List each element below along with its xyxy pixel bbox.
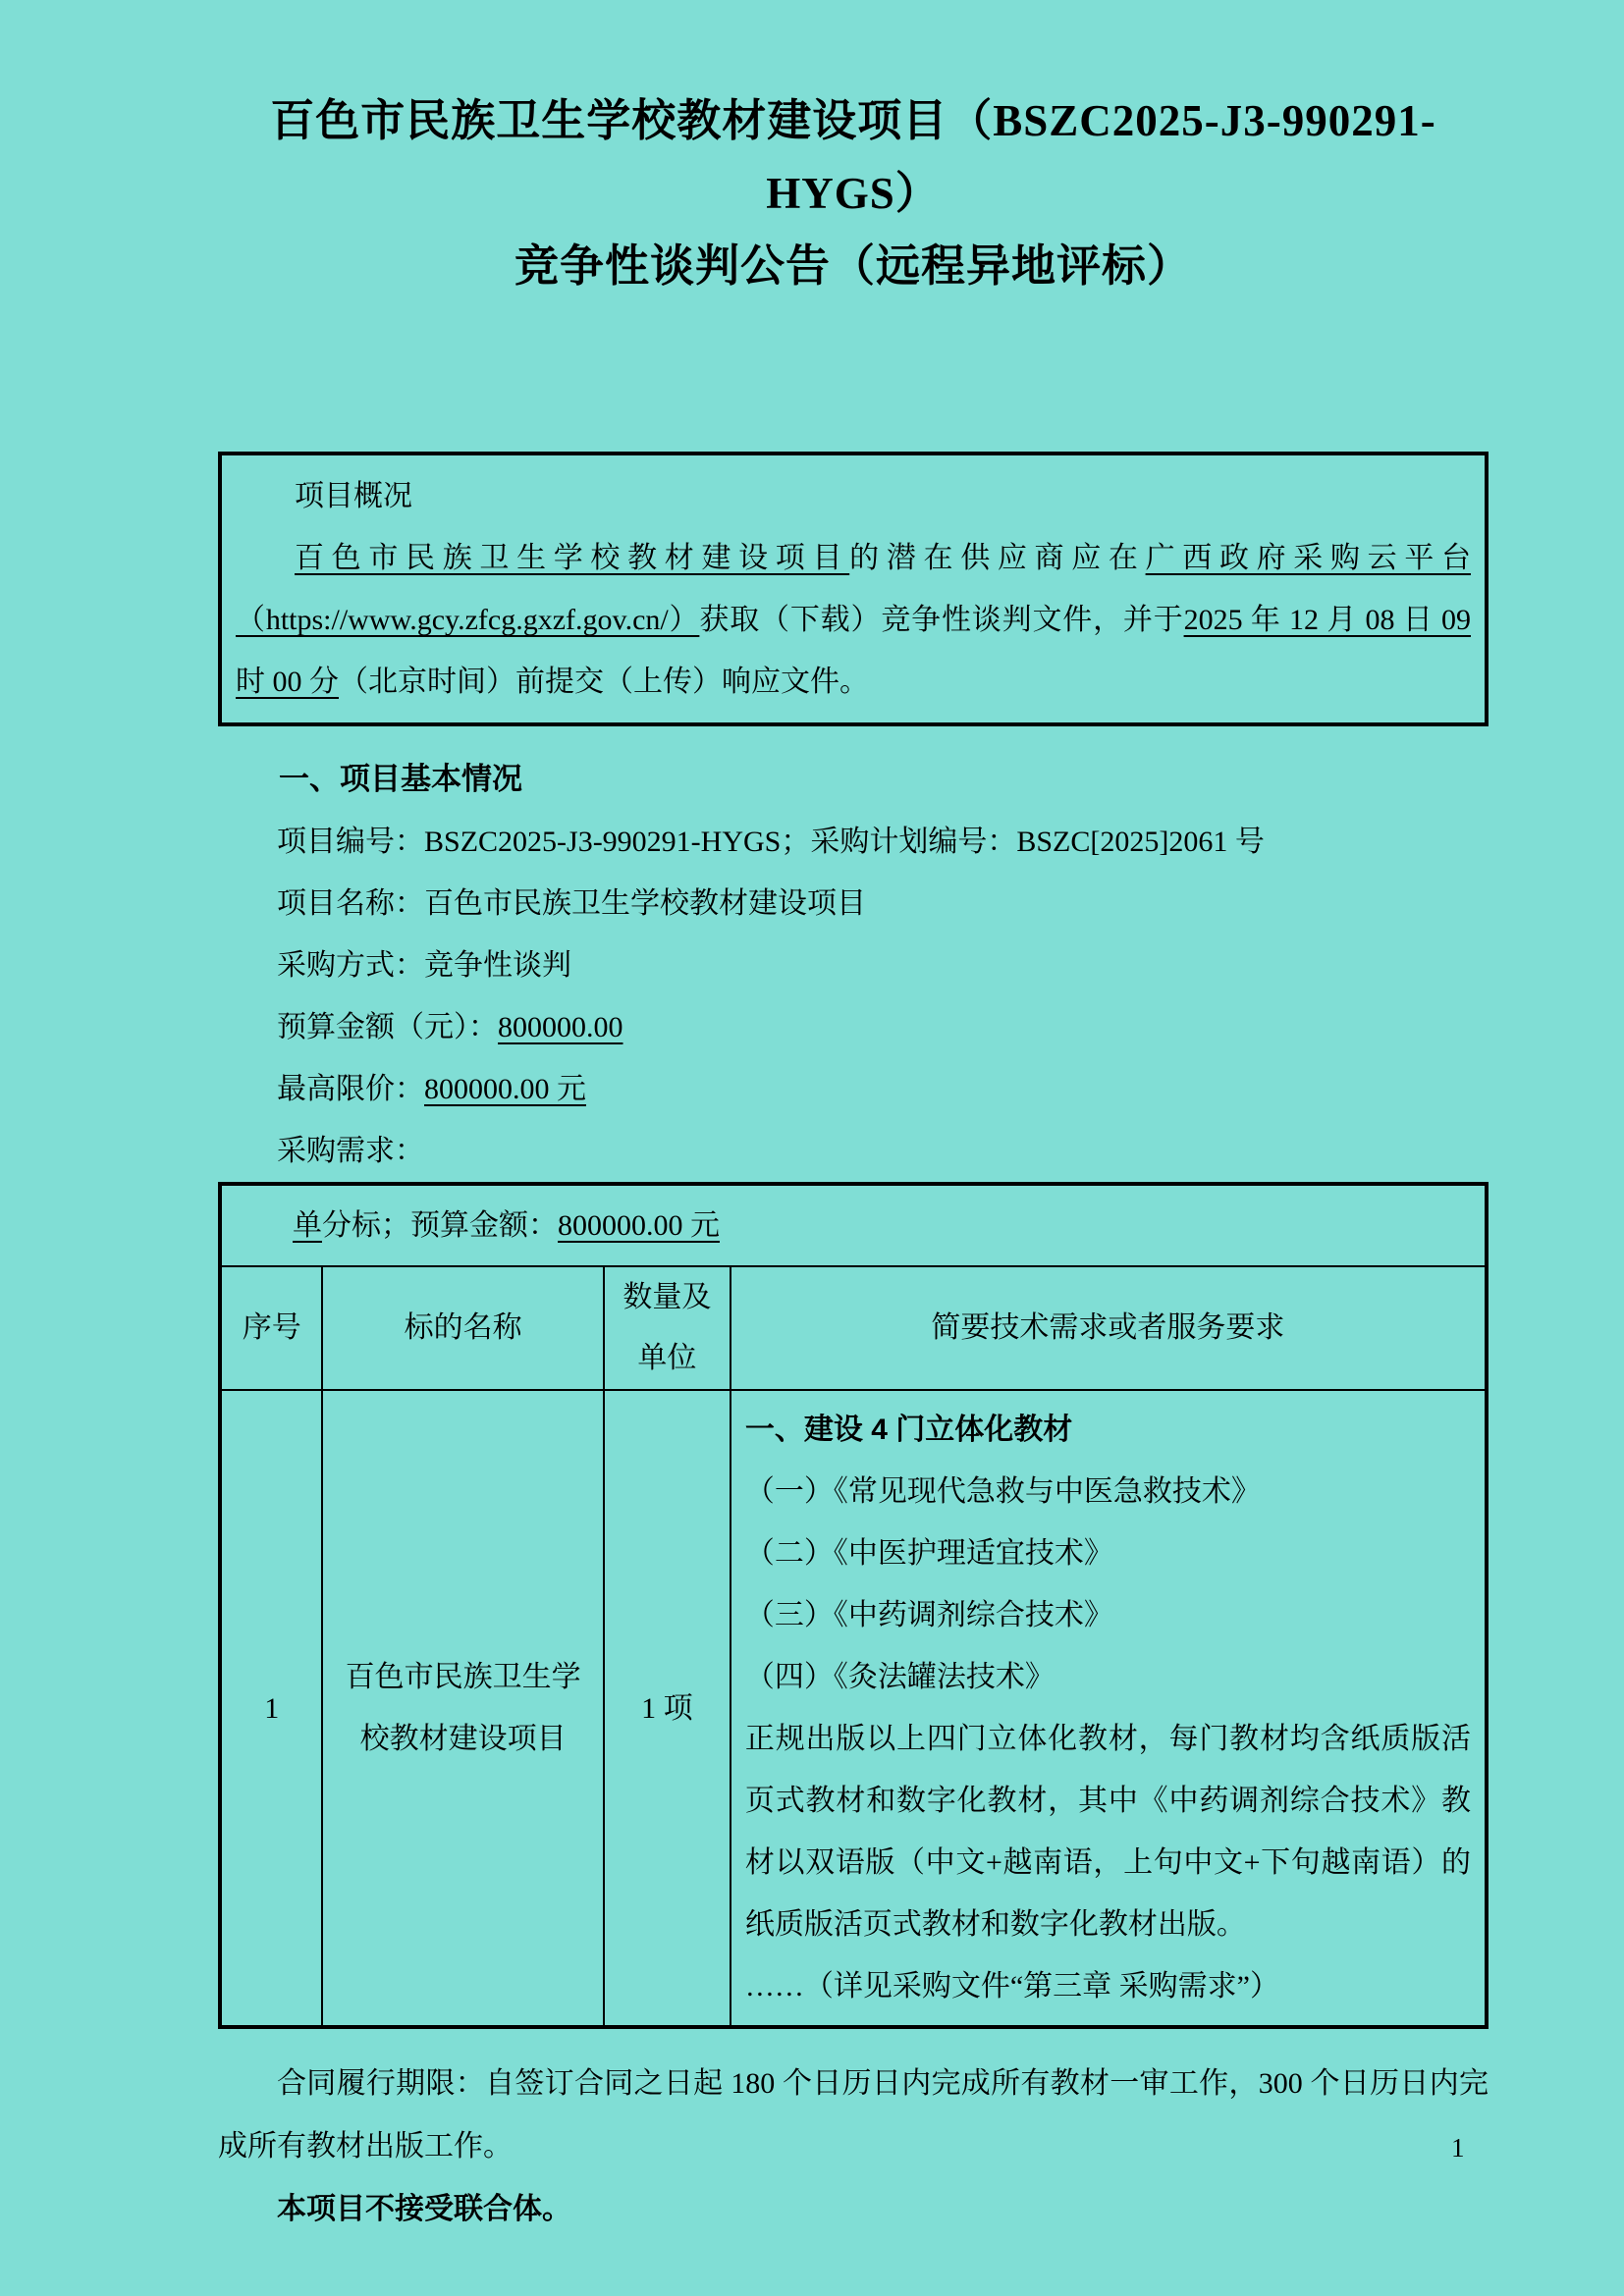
col-header-requirements: 简要技术需求或者服务要求: [731, 1266, 1487, 1390]
col-header-quantity: 数量及单位: [604, 1266, 731, 1390]
lot-budget-value: 800000.00 元: [558, 1209, 720, 1242]
requirement-heading: 一、建设 4 门立体化教材: [745, 1399, 1471, 1461]
project-name-line: 项目名称：百色市民族卫生学校教材建设项目: [218, 873, 1489, 934]
requirement-item-3: （三）《中药调剂综合技术》: [745, 1584, 1471, 1646]
overview-heading: 项目概况: [236, 465, 1471, 527]
table-row: 1 百色市民族卫生学校教材建设项目 1 项 一、建设 4 门立体化教材 （一）《…: [220, 1390, 1487, 2027]
procurement-method-line: 采购方式：竞争性谈判: [218, 934, 1489, 996]
lot-seg-1: 单: [293, 1209, 322, 1242]
no-consortium-note: 本项目不接受联合体。: [218, 2178, 1489, 2241]
table-header-row: 序号 标的名称 数量及单位 简要技术需求或者服务要求: [220, 1266, 1487, 1390]
requirement-item-1: （一）《常见现代急救与中医急救技术》: [745, 1461, 1471, 1522]
requirement-detail: 正规出版以上四门立体化教材，每门教材均含纸质版活页式教材和数字化教材，其中《中药…: [745, 1708, 1471, 1955]
price-cap-label: 最高限价：: [277, 1073, 424, 1105]
document-page: 百色市民族卫生学校教材建设项目（BSZC2025-J3-990291-HYGS）…: [0, 0, 1624, 2296]
page-number: 1: [1451, 2132, 1465, 2163]
overview-text-2: 获取（下载）竞争性谈判文件，并于: [699, 604, 1183, 636]
col-header-subject: 标的名称: [322, 1266, 603, 1390]
col-header-seq: 序号: [220, 1266, 322, 1390]
demand-line: 采购需求：: [218, 1120, 1489, 1182]
row-seq-cell: 1: [220, 1390, 322, 2027]
section1-heading: 一、项目基本情况: [218, 748, 1489, 811]
table-caption-row: 单分标；预算金额：800000.00 元: [220, 1184, 1487, 1266]
row-requirements-cell: 一、建设 4 门立体化教材 （一）《常见现代急救与中医急救技术》 （二）《中医护…: [731, 1390, 1487, 2027]
budget-label: 预算金额（元）：: [277, 1011, 498, 1043]
lot-summary-cell: 单分标；预算金额：800000.00 元: [220, 1184, 1487, 1266]
requirement-more-note: ……（详见采购文件“第三章 采购需求”）: [745, 1955, 1471, 2017]
requirement-item-4: （四）《灸法罐法技术》: [745, 1646, 1471, 1708]
document-title-line1: 百色市民族卫生学校教材建设项目（BSZC2025-J3-990291-HYGS）: [218, 84, 1489, 230]
contract-period-paragraph: 合同履行期限：自签订合同之日起 180 个日历日内完成所有教材一审工作，300 …: [218, 2053, 1489, 2178]
row-subject-cell: 百色市民族卫生学校教材建设项目: [322, 1390, 603, 2027]
procurement-requirements-table: 单分标；预算金额：800000.00 元 序号 标的名称 数量及单位 简要技术需…: [218, 1182, 1489, 2029]
overview-text-3: （北京时间）前提交（上传）响应文件。: [339, 666, 869, 698]
budget-value: 800000.00: [498, 1011, 623, 1043]
requirement-item-2: （二）《中医护理适宜技术》: [745, 1522, 1471, 1584]
overview-project-name: 百色市民族卫生学校教材建设项目: [295, 542, 849, 574]
price-cap-value: 800000.00 元: [424, 1073, 586, 1105]
project-overview-box: 项目概况 百色市民族卫生学校教材建设项目的潜在供应商应在广西政府采购云平台（ht…: [218, 452, 1489, 726]
document-title: 百色市民族卫生学校教材建设项目（BSZC2025-J3-990291-HYGS）…: [218, 84, 1489, 302]
lot-seg-2: 分标；预算金额：: [322, 1209, 558, 1242]
row-quantity-cell: 1 项: [604, 1390, 731, 2027]
project-number-line: 项目编号：BSZC2025-J3-990291-HYGS；采购计划编号：BSZC…: [218, 811, 1489, 873]
overview-paragraph: 百色市民族卫生学校教材建设项目的潜在供应商应在广西政府采购云平台（https:/…: [236, 527, 1471, 713]
closing-section: 合同履行期限：自签订合同之日起 180 个日历日内完成所有教材一审工作，300 …: [218, 2053, 1489, 2241]
document-title-line2: 竞争性谈判公告（远程异地评标）: [218, 230, 1489, 302]
overview-text-1: 的潜在供应商应在: [849, 542, 1145, 574]
price-cap-line: 最高限价：800000.00 元: [218, 1058, 1489, 1120]
budget-line: 预算金额（元）：800000.00: [218, 996, 1489, 1058]
